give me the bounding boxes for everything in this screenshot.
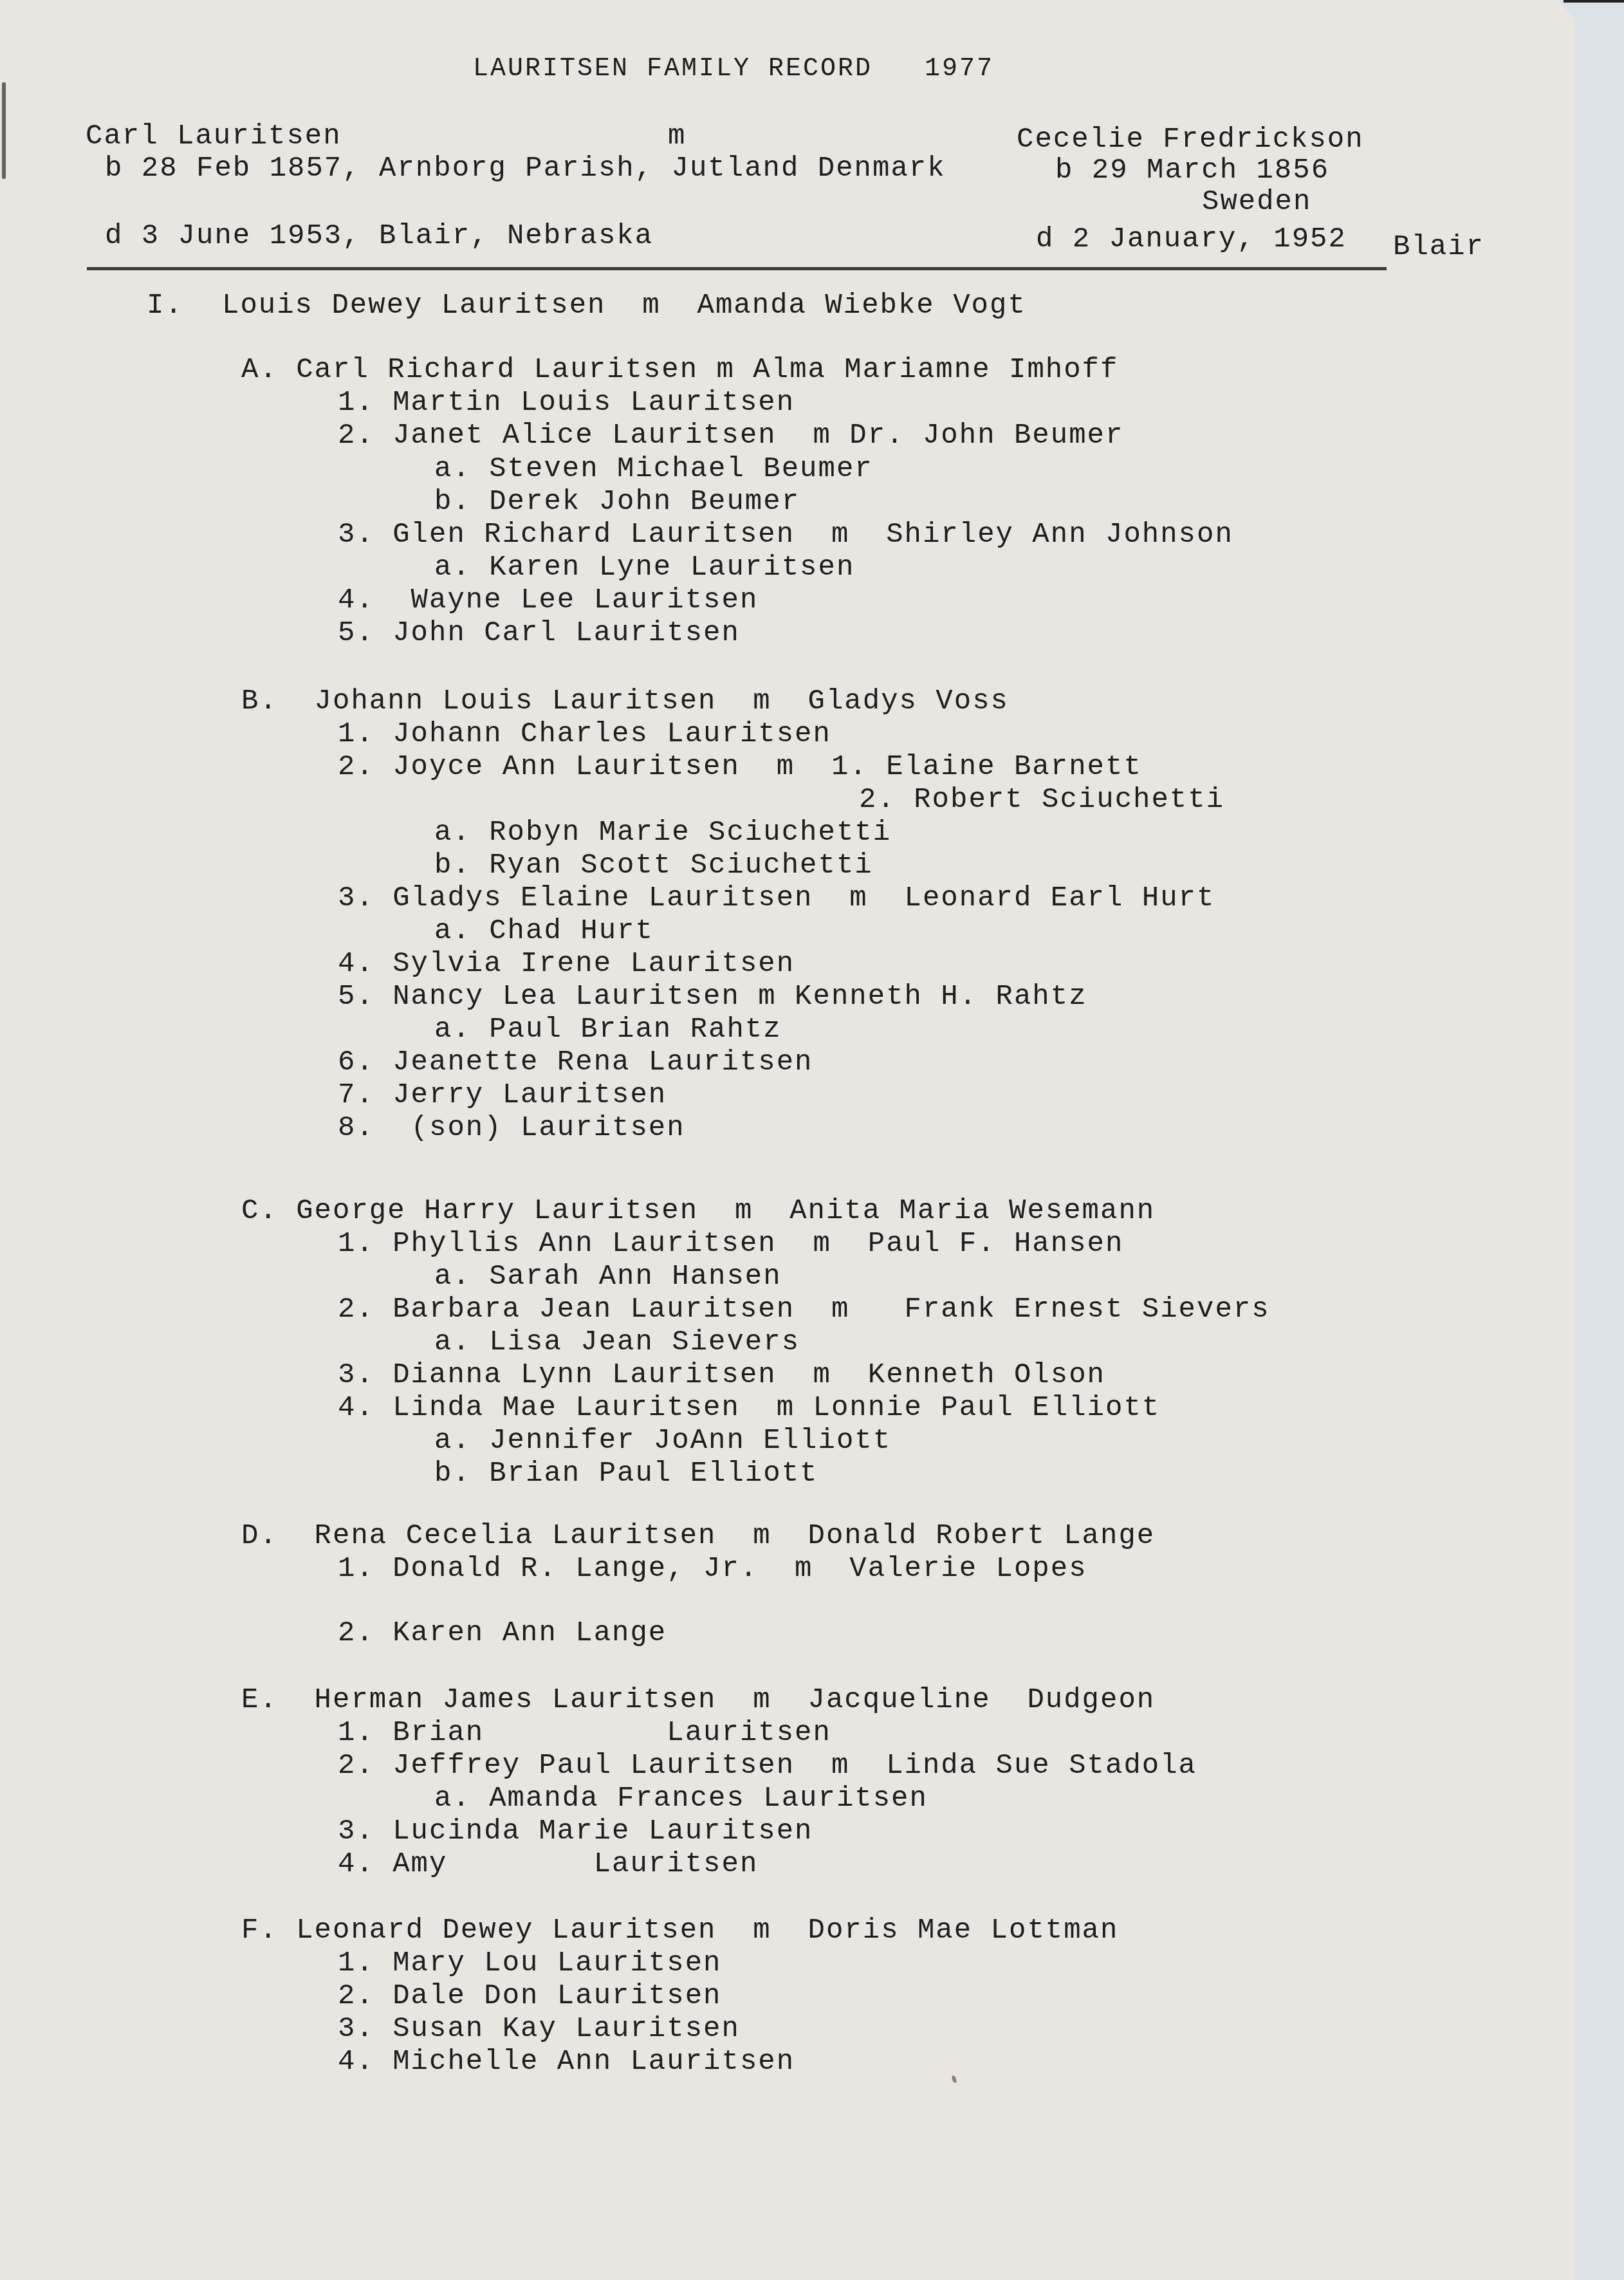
record-line: 4. Amy Lauritsen [338,1850,758,1878]
record-line: F. Leonard Dewey Lauritsen m Doris Mae L… [241,1916,1118,1945]
generation-marker: I. [147,292,183,320]
record-line: 4. Wayne Lee Lauritsen [338,586,758,615]
record-line: 5. John Carl Lauritsen [338,619,740,647]
record-line: 5. Nancy Lea Lauritsen m Kenneth H. Raht… [338,983,1087,1011]
husband-name: Carl Lauritsen [86,122,342,151]
husband-birth: b 28 Feb 1857, Arnborg Parish, Jutland D… [105,154,946,183]
record-line: 2. Jeffrey Paul Lauritsen m Linda Sue St… [338,1752,1197,1780]
record-line: 3. Lucinda Marie Lauritsen [338,1817,813,1846]
record-line: 7. Jerry Lauritsen [338,1081,667,1109]
wife-death: d 2 January, 1952 [1036,225,1347,254]
record-line: 2. Joyce Ann Lauritsen m 1. Elaine Barne… [338,753,1142,781]
wife-birth: b 29 March 1856 [1055,156,1329,185]
scan-edge-shadow [1564,0,1624,3]
record-line: 1. Johann Charles Lauritsen [338,720,831,748]
record-line: 2. Barbara Jean Lauritsen m Frank Ernest… [338,1295,1270,1324]
record-line: a. Lisa Jean Sievers [434,1328,800,1357]
record-line: a. Steven Michael Beumer [434,455,873,483]
wife-birth-place: Sweden [1202,188,1311,216]
record-line: 4. Linda Mae Lauritsen m Lonnie Paul Ell… [338,1394,1160,1422]
record-line: D. Rena Cecelia Lauritsen m Donald Rober… [241,1522,1155,1550]
record-line: 8. (son) Lauritsen [338,1114,685,1142]
record-line: 2. Dale Don Lauritsen [338,1982,722,2010]
document-title: LAURITSEN FAMILY RECORD 1977 [473,57,994,82]
wife-death-place: Blair [1393,233,1484,261]
record-line: 1. Brian Lauritsen [338,1719,831,1747]
record-line: a. Amanda Frances Lauritsen [434,1784,928,1813]
record-line: a. Paul Brian Rahtz [434,1015,782,1044]
record-line: 3. Dianna Lynn Lauritsen m Kenneth Olson [338,1361,1105,1389]
generation-couple: Louis Dewey Lauritsen m Amanda Wiebke Vo… [222,292,1026,320]
record-line: 2. Karen Ann Lange [338,1619,667,1647]
record-line: b. Brian Paul Elliott [434,1460,818,1488]
husband-death: d 3 June 1953, Blair, Nebraska [105,222,653,250]
record-line: A. Carl Richard Lauritsen m Alma Mariamn… [241,356,1118,384]
header-divider [87,267,1387,270]
record-line: a. Sarah Ann Hansen [434,1263,782,1291]
record-line: b. Derek John Beumer [434,488,800,516]
record-line: 3. Susan Kay Lauritsen [338,2015,740,2043]
record-line: 1. Mary Lou Lauritsen [338,1949,722,1978]
record-line: a. Chad Hurt [434,917,654,945]
record-line: b. Ryan Scott Sciuchetti [434,851,873,880]
record-line: E. Herman James Lauritsen m Jacqueline D… [241,1686,1155,1714]
record-line: 2. Robert Sciuchetti [859,786,1224,814]
record-line: 3. Gladys Elaine Lauritsen m Leonard Ear… [338,884,1215,913]
record-line: a. Karen Lyne Lauritsen [434,553,854,582]
record-line: 3. Glen Richard Lauritsen m Shirley Ann … [338,521,1233,549]
pencil-margin-mark [2,82,6,179]
record-line: 4. Sylvia Irene Lauritsen [338,950,795,978]
wife-name: Cecelie Fredrickson [1017,125,1364,154]
record-line: a. Jennifer JoAnn Elliott [434,1427,891,1455]
record-line: 6. Jeanette Rena Lauritsen [338,1048,813,1077]
record-line: 4. Michelle Ann Lauritsen [338,2048,795,2076]
record-line: 1. Donald R. Lange, Jr. m Valerie Lopes [338,1555,1087,1583]
record-line: B. Johann Louis Lauritsen m Gladys Voss [241,687,1009,716]
record-line: 1. Phyllis Ann Lauritsen m Paul F. Hanse… [338,1230,1123,1258]
record-line: C. George Harry Lauritsen m Anita Maria … [241,1197,1155,1225]
record-line: 2. Janet Alice Lauritsen m Dr. John Beum… [338,422,1123,450]
marriage-marker: m [668,122,686,151]
record-line: a. Robyn Marie Sciuchetti [434,819,891,847]
record-line: 1. Martin Louis Lauritsen [338,389,795,417]
